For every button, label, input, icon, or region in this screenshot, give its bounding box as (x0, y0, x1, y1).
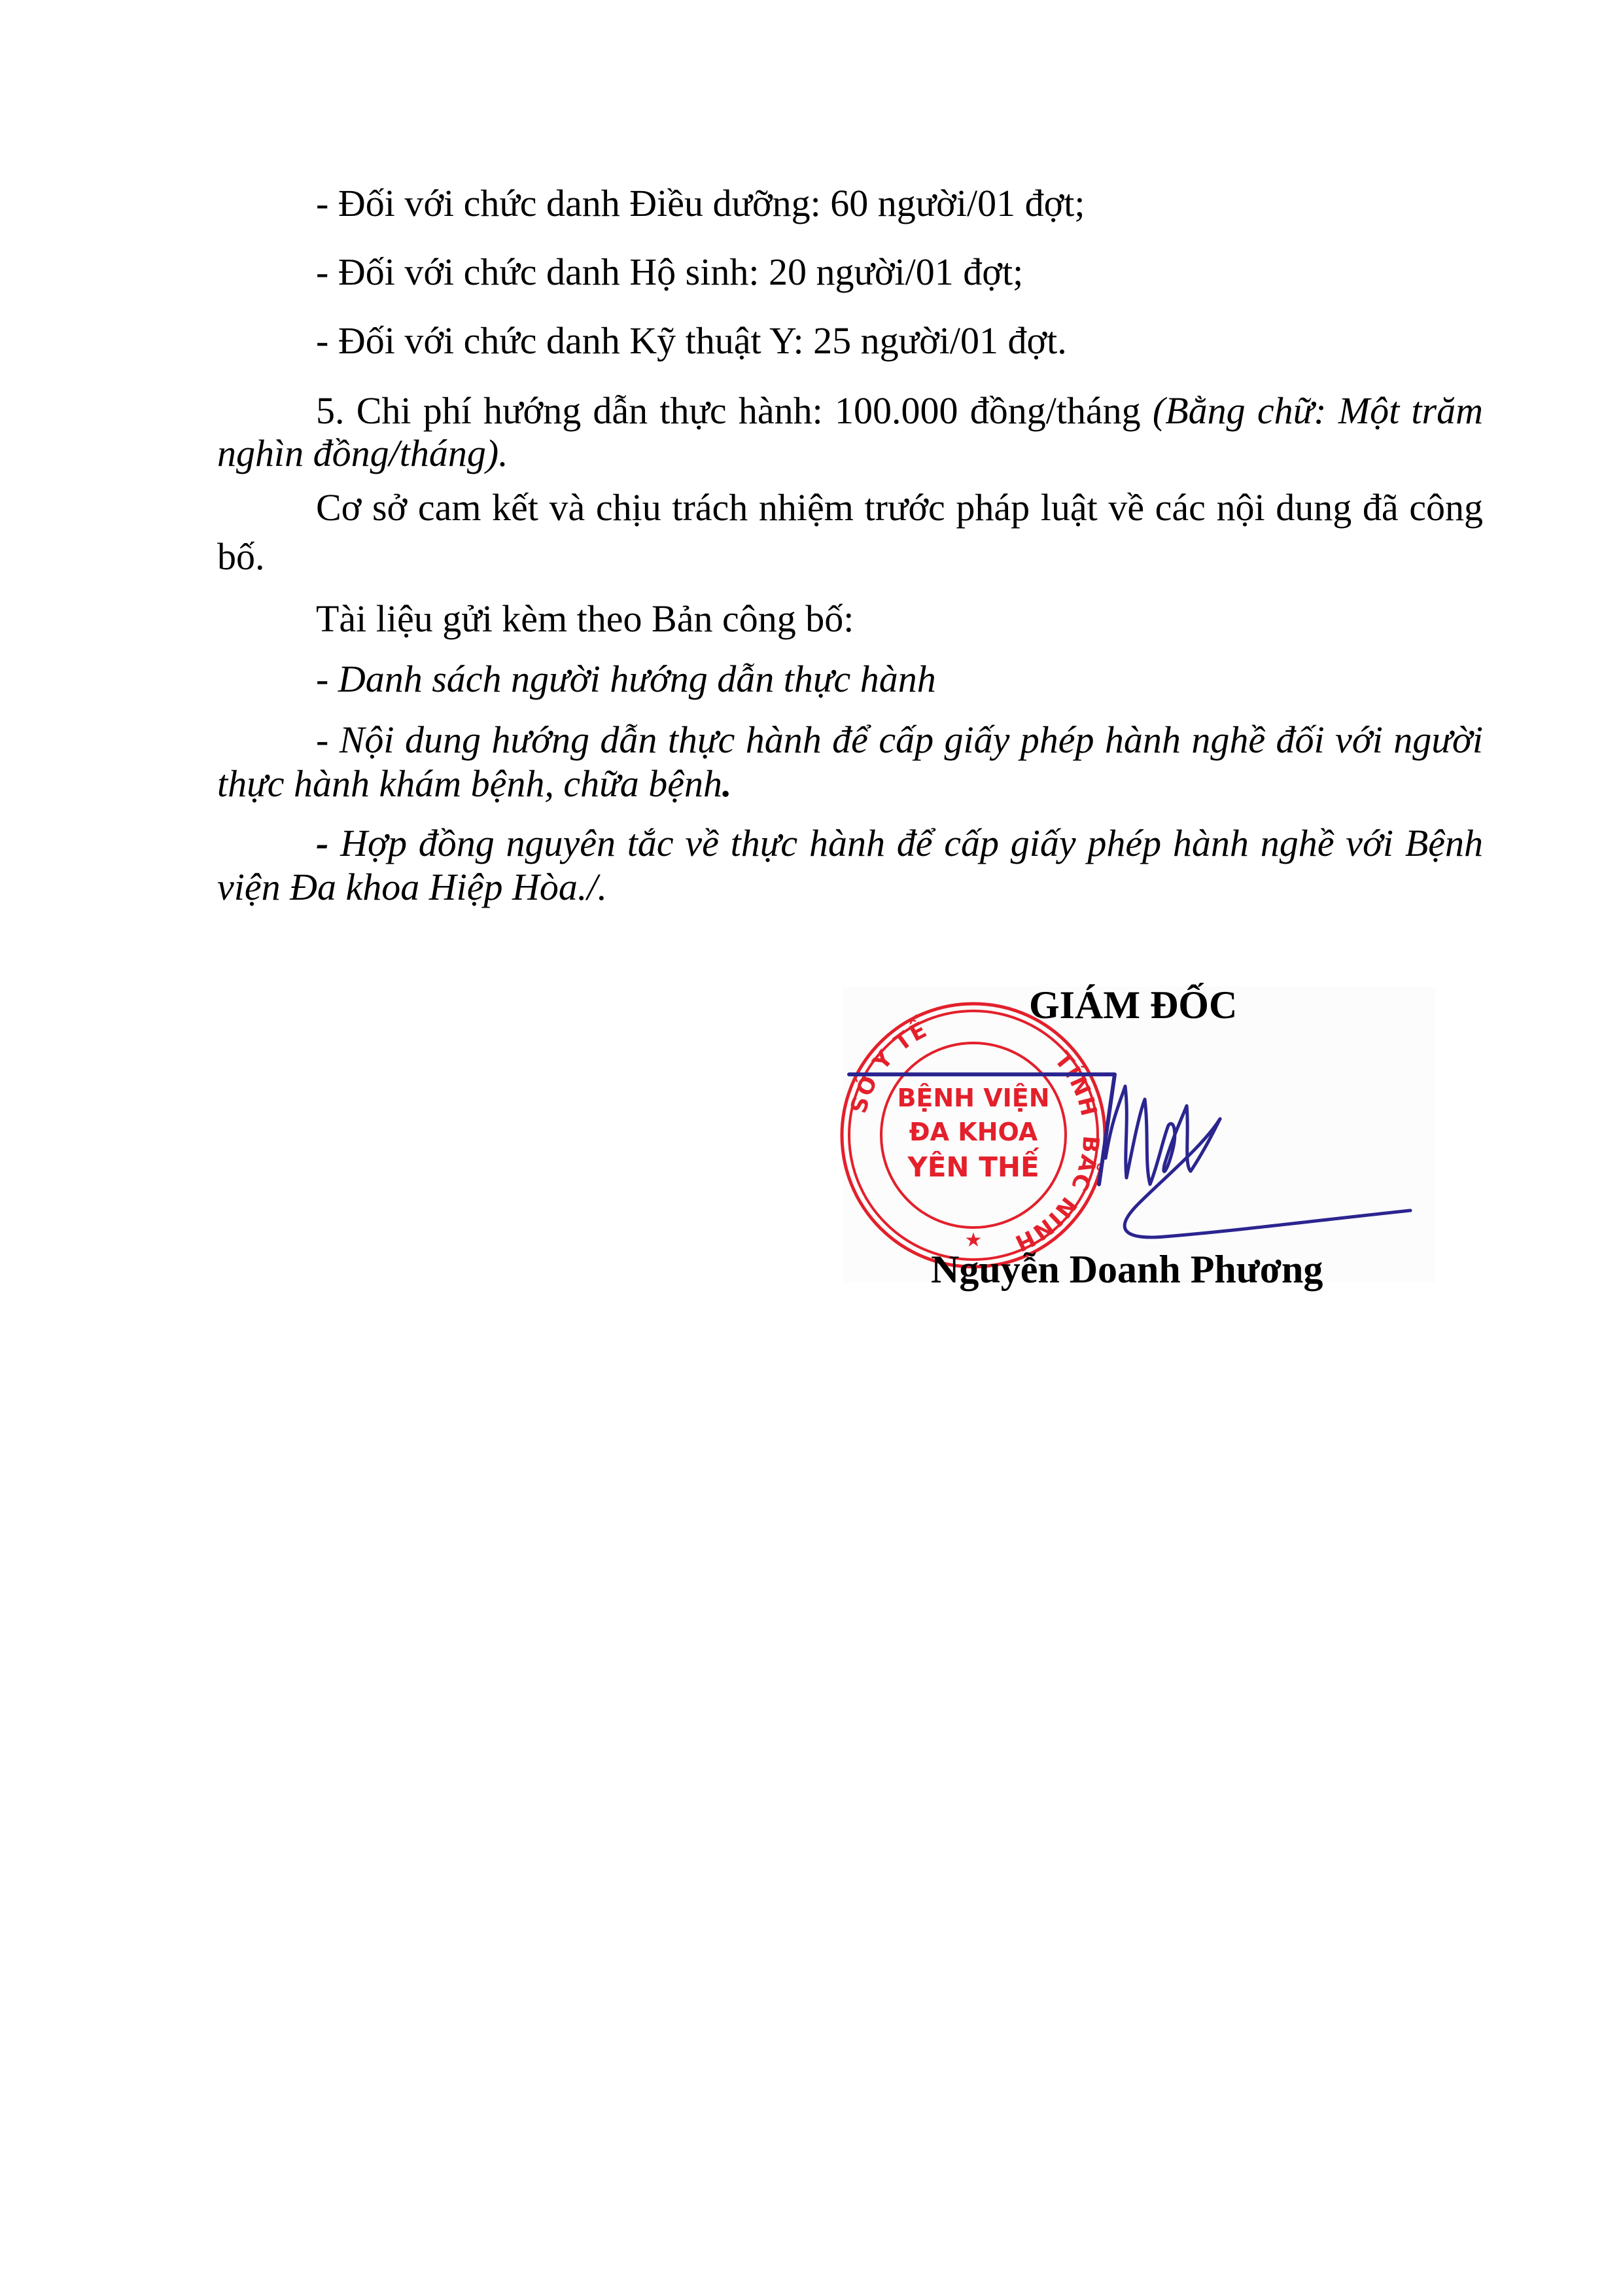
attachment-item-contract-line1: - Hợp đồng nguyên tắc về thực hành để cấ… (316, 824, 1483, 870)
fee-in-words: (Bằng chữ: Một trăm (1153, 392, 1483, 432)
handwritten-signature (837, 1047, 1426, 1243)
quota-item-medical-technician: - Đối với chức danh Kỹ thuật Y: 25 người… (316, 322, 1067, 360)
quota-item-nursing: - Đối với chức danh Điều dưỡng: 60 người… (316, 185, 1085, 222)
fee-text: 5. Chi phí hướng dẫn thực hành: 100.000 … (316, 392, 1153, 432)
fee-period: . (498, 432, 508, 474)
attachment-period: . (722, 762, 732, 805)
fee-paragraph-line1: 5. Chi phí hướng dẫn thực hành: 100.000 … (316, 392, 1483, 438)
attachment-item-practice-content-line1: - Nội dung hướng dẫn thực hành để cấp gi… (316, 721, 1483, 767)
commitment-line1: Cơ sở cam kết và chịu trách nhiệm trước … (316, 489, 1483, 535)
attachment-text: - Nội dung hướng dẫn thực hành để cấp gi… (316, 721, 1483, 761)
signer-name: Nguyễn Doanh Phương (931, 1250, 1323, 1289)
commitment-text: Cơ sở cam kết và chịu trách nhiệm trước … (316, 489, 1483, 529)
attachment-text: Hợp đồng nguyên tắc về thực hành để cấp … (328, 824, 1483, 864)
signer-title: GIÁM ĐỐC (1029, 985, 1237, 1025)
fee-paragraph-line2: nghìn đồng/tháng). (217, 434, 508, 472)
attachment-item-practice-content-line2: thực hành khám bệnh, chữa bệnh. (217, 765, 731, 803)
quota-item-midwife: - Đối với chức danh Hộ sinh: 20 người/01… (316, 253, 1023, 291)
attachment-item-instructor-list: - Danh sách người hướng dẫn thực hành (316, 660, 936, 698)
document-page: - Đối với chức danh Điều dưỡng: 60 người… (0, 0, 1623, 2296)
attachment-text-cont: thực hành khám bệnh, chữa bệnh (217, 762, 722, 805)
attachment-item-contract-line2: viện Đa khoa Hiệp Hòa./. (217, 868, 607, 906)
commitment-line2: bố. (217, 538, 265, 576)
attachment-bullet: - (316, 824, 328, 864)
fee-in-words-cont: nghìn đồng/tháng) (217, 432, 498, 474)
attachments-heading: Tài liệu gửi kèm theo Bản công bố: (316, 600, 854, 638)
